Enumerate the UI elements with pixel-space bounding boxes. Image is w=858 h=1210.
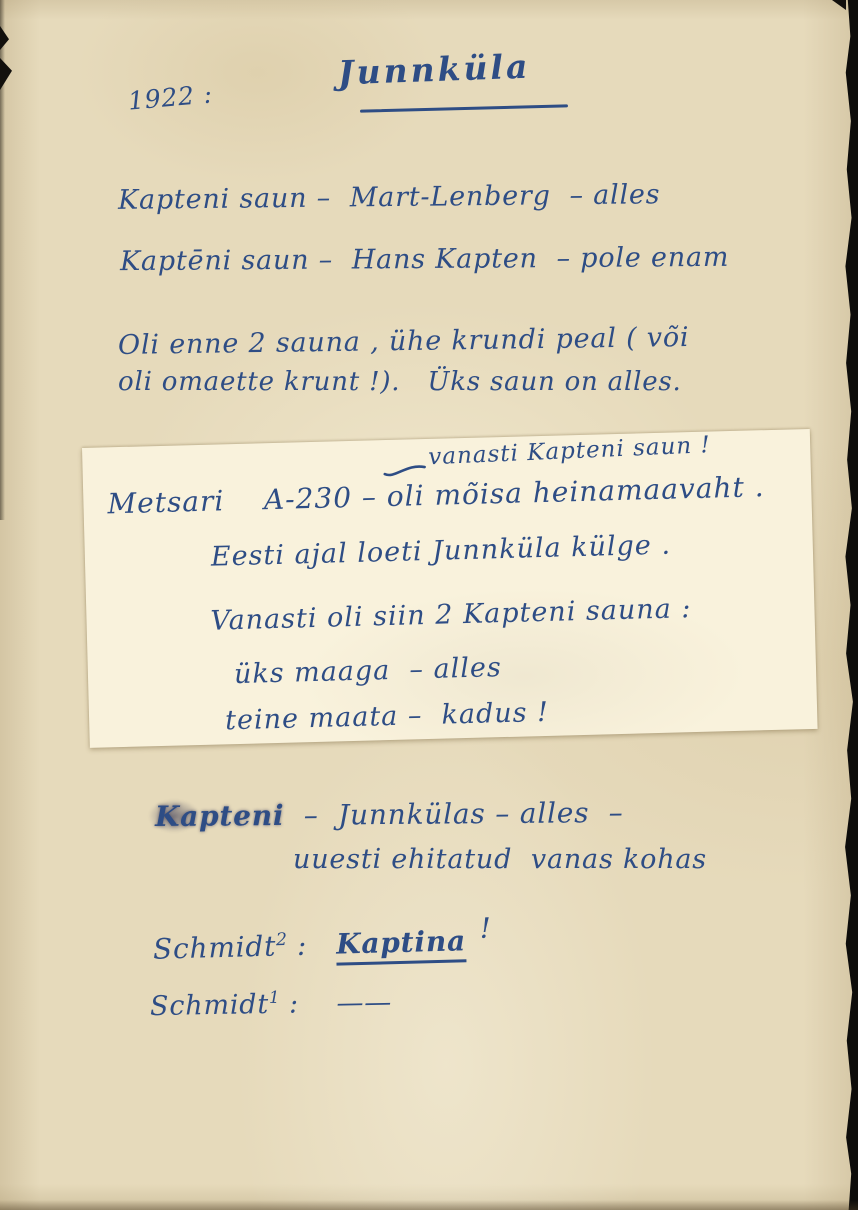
year-label: 1922 :: [127, 80, 214, 115]
scan-mark-top-right: [832, 0, 846, 10]
kapteni-rest: – Junnkülas – alles –: [284, 796, 623, 832]
handwritten-line-1: Kapteni saun – Mart-Lenberg – alles: [118, 180, 661, 215]
scan-edge-right: [841, 0, 858, 1210]
note-line-5: teine maata – kadus !: [225, 698, 549, 736]
handwritten-line-2: Kaptēni saun – Hans Kapten – pole enam: [120, 243, 729, 277]
pasted-note: vanasti Kapteni saun ! Metsari A-230 – o…: [82, 429, 818, 748]
schmidt2-name: Schmidt: [153, 930, 277, 966]
schmidt2-superscript: 2: [276, 930, 288, 950]
schmidt-entry-1: Schmidt1 : ——: [150, 986, 393, 1022]
annotation-curve-icon: [382, 459, 426, 478]
note-line-3: Vanasti oli siin 2 Kapteni sauna :: [210, 594, 692, 636]
scanned-document-page: { "page": { "year_label": "1922 :", "tit…: [0, 0, 858, 1210]
scan-mark-top-left-2: [0, 58, 12, 90]
schmidt2-value: Kaptina: [336, 925, 467, 966]
schmidt2-colon: :: [287, 928, 337, 962]
schmidt1-name: Schmidt: [150, 989, 270, 1022]
handwritten-line-3: Oli enne 2 sauna , ühe krundi peal ( või: [118, 323, 690, 361]
kapteni-summary-line-2: uuesti ehitatud vanas kohas: [293, 845, 707, 875]
kapteni-word: Kapteni: [155, 799, 285, 833]
note-line-2: Eesti ajal loeti Junnküla külge .: [211, 531, 672, 573]
scan-shadow-bottom: [0, 1200, 858, 1210]
page-title: Junnküla: [337, 49, 531, 92]
schmidt-entry-2: Schmidt2 : Kaptina!: [153, 926, 493, 966]
schmidt1-superscript: 1: [269, 987, 280, 1007]
schmidt1-value: ——: [336, 987, 392, 1019]
schmidt2-exclamation: !: [479, 914, 492, 945]
note-annotation: vanasti Kapteni saun !: [428, 433, 711, 471]
kapteni-summary-line-1: Kapteni – Junnkülas – alles –: [155, 798, 624, 833]
title-underline: [360, 104, 568, 112]
note-line-1: Metsari A-230 – oli mõisa heinamaavaht .: [107, 472, 765, 520]
note-line-4: üks maaga – alles: [234, 653, 503, 690]
schmidt1-colon: :: [279, 988, 336, 1020]
handwritten-line-4: oli omaette krunt !). Üks saun on alles.: [118, 368, 682, 397]
